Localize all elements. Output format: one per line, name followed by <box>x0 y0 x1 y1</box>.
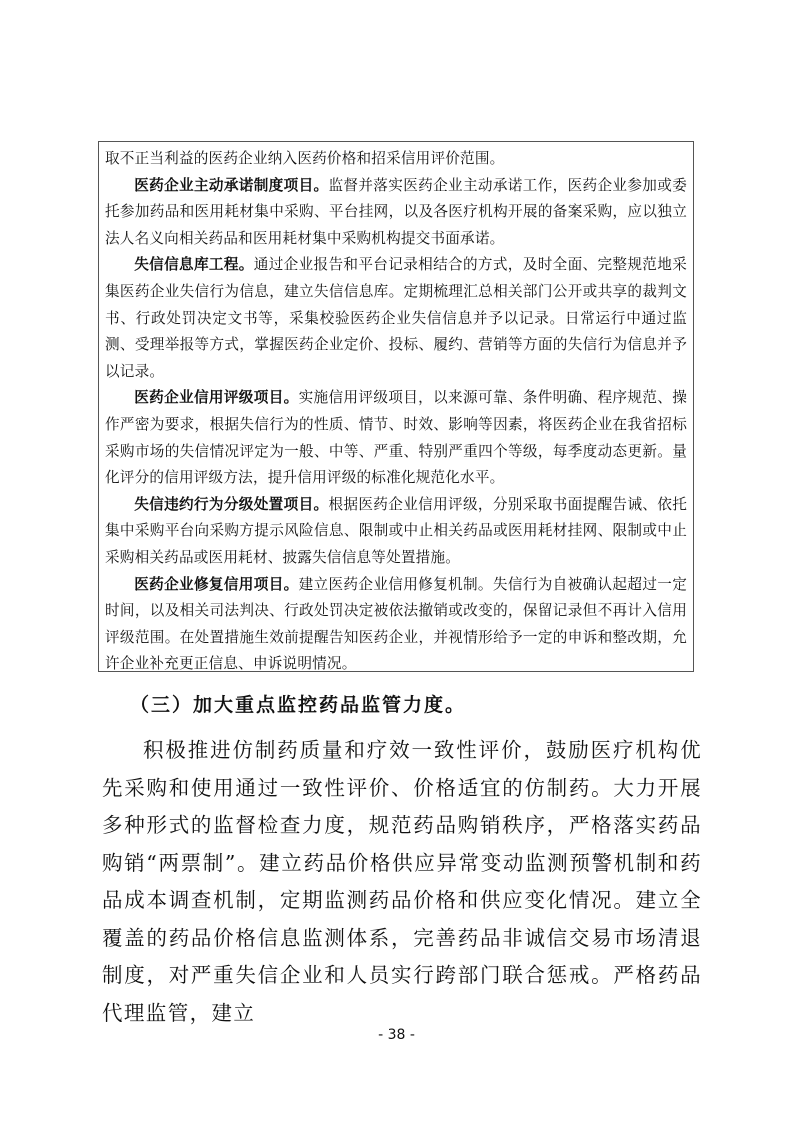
page-number: - 38 - <box>0 1027 793 1043</box>
box-item-title: 医药企业信用评级项目。 <box>134 389 298 406</box>
section-body: 积极推进仿制药质量和疗效一致性评价，鼓励医疗机构优先采购和使用通过一致性评价、价… <box>102 732 702 1032</box>
section-paragraph: 积极推进仿制药质量和疗效一致性评价，鼓励医疗机构优先采购和使用通过一致性评价、价… <box>102 732 702 1032</box>
box-item: 医药企业主动承诺制度项目。监督并落实医药企业主动承诺工作，医药企业参加或委托参加… <box>105 173 687 253</box>
box-lead-text: 取不正当利益的医药企业纳入医药价格和招采信用评价范围。 <box>105 146 687 173</box>
section-heading: （三）加大重点监控药品监管力度。 <box>130 690 466 717</box>
box-item: 失信违约行为分级处置项目。根据医药企业信用评级，分别采取书面提醒告诫、依托集中采… <box>105 492 687 572</box>
box-item: 医药企业信用评级项目。实施信用评级项目，以来源可靠、条件明确、程序规范、操作严密… <box>105 385 687 491</box>
box-item-text: 通过企业报告和平台记录相结合的方式，及时全面、完整规范地采集医药企业失信行为信息… <box>105 256 687 379</box>
project-box: 取不正当利益的医药企业纳入医药价格和招采信用评价范围。 医药企业主动承诺制度项目… <box>98 141 694 672</box>
box-item-title: 医药企业主动承诺制度项目。 <box>134 177 328 194</box>
box-item: 医药企业修复信用项目。建立医药企业信用修复机制。失信行为自被确认起超过一定时间，… <box>105 572 687 678</box>
box-item-title: 失信违约行为分级处置项目。 <box>134 496 328 513</box>
box-item-title: 医药企业修复信用项目。 <box>134 576 298 593</box>
box-item-title: 失信信息库工程。 <box>134 256 254 273</box>
box-item: 失信信息库工程。通过企业报告和平台记录相结合的方式，及时全面、完整规范地采集医药… <box>105 252 687 385</box>
